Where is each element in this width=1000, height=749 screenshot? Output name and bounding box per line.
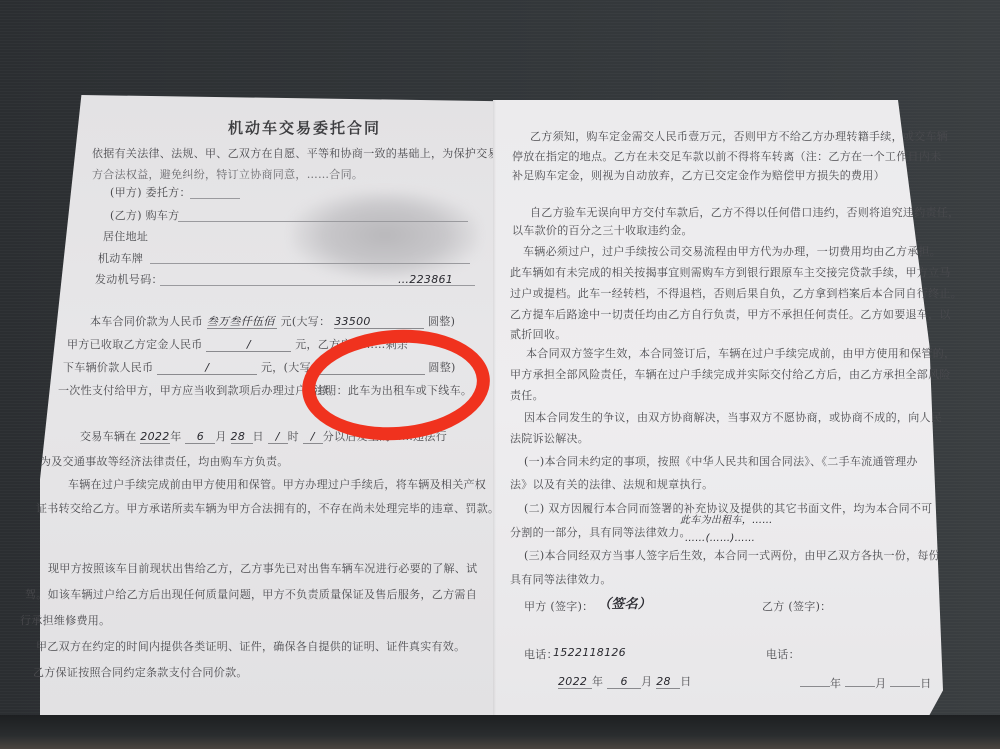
right-p5-line-2: 法院诉讼解决。 [510, 432, 589, 445]
handwritten-note-1: 此车为出租车，…… [680, 514, 773, 527]
trade-day: 28 [231, 430, 253, 444]
plate-label: 机动车牌 [98, 252, 143, 265]
trade-hour: / [268, 430, 288, 444]
contract-document: 机动车交易委托合同 依据有关法律、法规、甲、乙双方在自愿、平等和协商一致的基础上… [0, 0, 1000, 749]
trade-hour-suffix: 时 [288, 430, 299, 443]
right-p4-line-2: 甲方承担全部风险责任，车辆在过户手续完成并实际交付给乙方后，由乙方承担全部风险 [510, 368, 951, 381]
right-p5-line-1: 因本合同发生的争议，由双方协商解决，当事双方不愿协商，或协商不成的，向人民 [524, 411, 942, 424]
price-prefix: 本车合同价款为人民币 [90, 315, 203, 328]
right-p4-line-3: 责任。 [510, 389, 544, 402]
trade-year-suffix: 年 [170, 430, 181, 443]
right-p3-line-5: 贰折回收。 [510, 328, 567, 341]
document-title: 机动车交易委托合同 [228, 117, 381, 138]
cert-line: 甲乙双方在约定的时间内提供各类证明、证件，确保各自提供的证明、证件真实有效。 [36, 640, 465, 653]
trade-day-suffix: 日 [253, 430, 264, 443]
trade-minute: / [303, 430, 323, 444]
date-a-month-suffix: 月 [641, 675, 652, 688]
remaining-value: / [157, 361, 257, 375]
right-p7-line-2: 分割的一部分，具有同等法律效力。 [510, 526, 691, 539]
payment-line: 一次性支付给甲方，甲方应当收到款项后办理过户手续。 [58, 384, 341, 397]
deposit-value: / [206, 338, 291, 352]
handwritten-note-2: ……(……)…… [685, 532, 755, 545]
phone-a-value: 1522118126 [553, 646, 626, 659]
right-p8-line-2: 具有同等法律效力。 [510, 573, 612, 586]
page-fold [493, 100, 496, 715]
plate-underline [150, 263, 470, 264]
trade-year: 2022 [140, 430, 170, 444]
date-a-year-suffix: 年 [592, 675, 603, 688]
price-mid: 元(大写： [281, 315, 331, 328]
intro-line-2: 方合法权益，避免纠纷，特订立协商同意，……合同。 [92, 168, 363, 181]
trade-prefix: 交易车辆在 [80, 430, 137, 443]
remaining-prefix: 下车辆价款人民币 [63, 361, 153, 374]
price-suffix: 圆整) [428, 315, 455, 328]
remaining-mid: 元，(大写 [261, 361, 311, 374]
date-a: 2022年 6月 28日 [558, 675, 692, 689]
trade-month-suffix: 月 [215, 430, 226, 443]
sign-b-label: 乙方 (签字)： [762, 600, 831, 613]
engine-underline [160, 285, 475, 286]
date-b-year-suffix: 年 [830, 677, 841, 690]
right-page [493, 100, 943, 715]
deposit-prefix: 甲方已收取乙方定金人民币 [67, 338, 203, 351]
date-b-month-suffix: 月 [875, 677, 886, 690]
sale-line-2: 驾。如该车辆过户给乙方后出现任何质量问题，甲方不负责质量保证及售后服务，乙方需自 [25, 588, 477, 601]
custody-line-1: 车辆在过户手续完成前由甲方使用和保管。甲方办理过户手续后，将车辆及相关产权 [68, 478, 486, 491]
price-amount-number: 33500 [334, 315, 424, 329]
sign-a-label: 甲方 (签字)： [524, 600, 593, 613]
sign-a-signature: （签名） [598, 598, 651, 611]
phone-b-label: 电话： [766, 648, 800, 661]
price-line: 本车合同价款为人民币 叁万叁仟伍佰 元(大写： 33500 圆整) [90, 315, 455, 329]
trade-line-2: 为及交通事故等经济法律责任，均由购车方负责。 [40, 455, 289, 468]
right-p3-line-1: 车辆必须过户，过户手续按公司交易流程由甲方代为办理，一切费用均由乙方承担。 [523, 245, 941, 258]
date-a-day: 28 [656, 675, 680, 689]
date-b-day-blank [890, 686, 920, 687]
engine-label: 发动机号码： [95, 273, 163, 286]
address-label: 居住地址 [103, 230, 148, 243]
right-p6-line-2: 法》以及有关的法律、法规和规章执行。 [510, 478, 713, 491]
redacted-region [290, 190, 480, 280]
trade-month: 6 [185, 430, 215, 444]
right-p2-line-2: 以车款价的百分之三十收取违约金。 [512, 224, 693, 237]
right-p2-line-1: 自乙方验车无误向甲方交付车款后，乙方不得以任何借口违约，否则将追究违约责任， [530, 206, 959, 219]
pay-line: 乙方保证按照合同约定条款支付合同价款。 [33, 666, 248, 679]
right-p1-line-3: 补足购车定金，则视为自动放弃，乙方已交定金作为赔偿甲方损失的费用） [512, 169, 885, 182]
date-a-month: 6 [607, 675, 641, 689]
date-b-year-blank [800, 686, 830, 687]
party-a-underline [190, 198, 240, 199]
right-p6-line-1: (一)本合同未约定的事项，按照《中华人民共和国合同法》、《二手车流通管理办 [524, 455, 918, 468]
right-p1-line-1: 乙方须知，购车定金需交人民币壹万元，否则甲方不给乙方办理转籍手续，或交车辆 [530, 130, 948, 143]
right-p3-line-4: 乙方提车后路途中一切责任均由乙方自行负责，甲方不承担任何责任。乙方如要退车，以 [510, 308, 951, 321]
right-p1-line-2: 停放在指定的地点。乙方在未交足车款以前不得将车转离（注：乙方在一个工作日内未 [512, 150, 941, 163]
intro-line-1: 依据有关法律、法规、甲、乙双方在自愿、平等和协商一致的基础上，为保护交易双 [92, 147, 510, 160]
right-p3-line-2: 此车辆如有未完成的相关按揭事宜则需购车方到银行跟原车主交接完贷款手续，甲方立马 [510, 266, 951, 279]
date-a-day-suffix: 日 [680, 675, 691, 688]
date-b-month-blank [845, 686, 875, 687]
right-p8-line-1: (三)本合同经双方当事人签字后生效，本合同一式两份，由甲乙双方各执一份，每份 [524, 549, 940, 562]
party-a-label: (甲方) 委托方： [110, 186, 191, 199]
payment-text: 一次性支付给甲方，甲方应当收到款项后办理过户手续。 [58, 384, 341, 397]
date-b-day-suffix: 日 [920, 677, 931, 690]
date-b: 年 月 日 [800, 677, 932, 690]
party-b-label: (乙方) 购车方 [110, 209, 179, 222]
sale-line-3: 行承担维修费用。 [20, 614, 110, 627]
party-b-underline [178, 221, 468, 222]
sale-line-1: 现甲方按照该车目前现状出售给乙方，乙方事先已对出售车辆车况进行必要的了解、试 [48, 562, 477, 575]
date-a-year: 2022 [558, 675, 592, 689]
price-amount-handwritten: 叁万叁仟伍佰 [207, 315, 277, 329]
right-p4-line-1: 本合同双方签字生效，本合同签订后，车辆在过户手续完成前，由甲方使用和保管的， [526, 347, 955, 360]
custody-line-2: 证书转交给乙方。甲方承诺所卖车辆为甲方合法拥有的，不存在尚未处理完毕的违章、罚款… [36, 502, 499, 515]
right-p3-line-3: 过户或提档。此车一经转档，不得退档，否则后果自负，乙方拿到档案后本合同自行终止。 [510, 287, 962, 300]
